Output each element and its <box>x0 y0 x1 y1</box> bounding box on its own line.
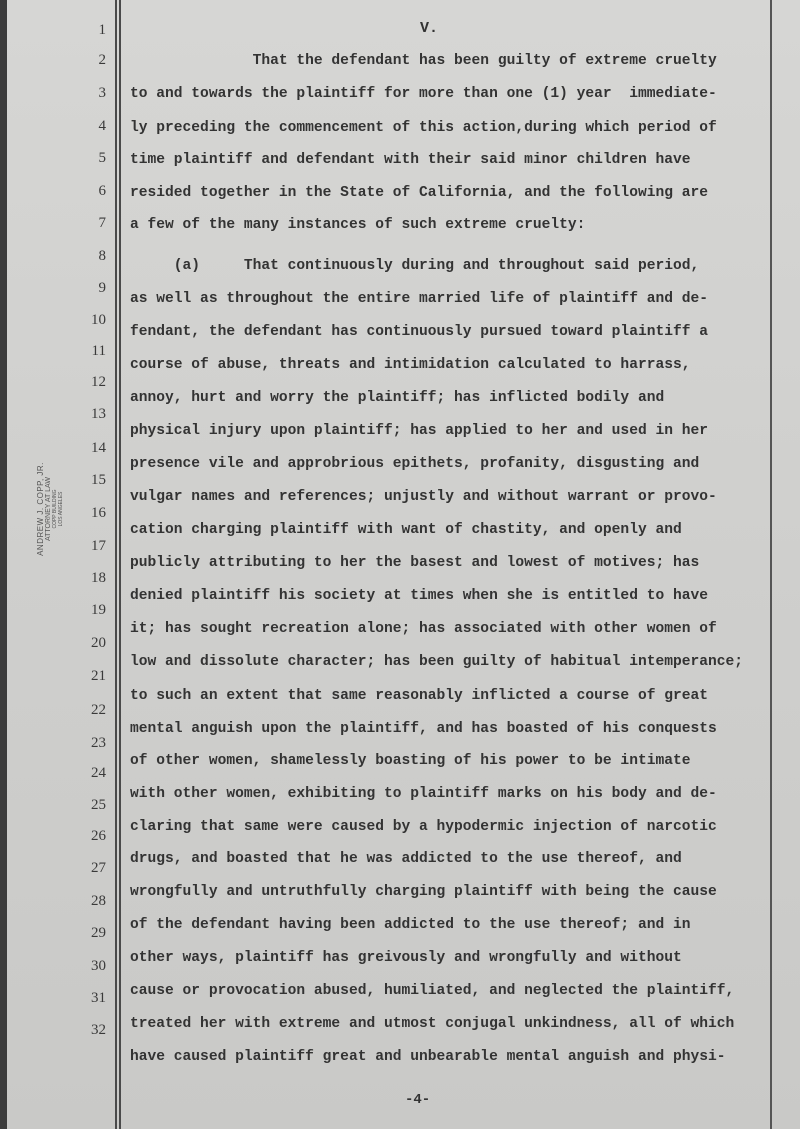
text-line: to and towards the plaintiff for more th… <box>130 86 770 102</box>
text-line: low and dissolute character; has been gu… <box>130 654 770 670</box>
line-number: 14 <box>70 440 106 457</box>
attorney-city: LOS ANGELES <box>58 439 64 579</box>
text-line: other ways, plaintiff has greivously and… <box>130 950 770 966</box>
text-line: as well as throughout the entire married… <box>130 291 770 307</box>
text-line: wrongfully and untruthfully charging pla… <box>130 884 770 900</box>
line-number: 9 <box>70 280 106 297</box>
text-line: it; has sought recreation alone; has ass… <box>130 621 770 637</box>
line-number: 27 <box>70 860 106 877</box>
text-line: cation charging plaintiff with want of c… <box>130 522 770 538</box>
line-number: 24 <box>70 765 106 782</box>
text-line: cause or provocation abused, humiliated,… <box>130 983 770 999</box>
text-line: presence vile and approbrious epithets, … <box>130 456 770 472</box>
line-number: 16 <box>70 505 106 522</box>
text-line: a few of the many instances of such extr… <box>130 217 770 233</box>
line-number: 19 <box>70 602 106 619</box>
line-number: 25 <box>70 797 106 814</box>
margin-rule-right <box>770 0 772 1129</box>
line-number: 8 <box>70 248 106 265</box>
margin-rule-left-outer <box>115 0 117 1129</box>
text-line: of other women, shamelessly boasting of … <box>130 753 770 769</box>
attorney-title: ATTORNEY AT LAW <box>45 439 52 579</box>
line-number: 6 <box>70 183 106 200</box>
text-line: have caused plaintiff great and unbearab… <box>130 1049 770 1065</box>
text-line: claring that same were caused by a hypod… <box>130 819 770 835</box>
section-heading: V. <box>420 20 438 37</box>
line-number: 12 <box>70 374 106 391</box>
line-number: 21 <box>70 668 106 685</box>
line-number: 11 <box>70 343 106 360</box>
text-line: drugs, and boasted that he was addicted … <box>130 851 770 867</box>
line-number: 5 <box>70 150 106 167</box>
line-number: 4 <box>70 118 106 135</box>
line-number: 32 <box>70 1022 106 1039</box>
line-number: 31 <box>70 990 106 1007</box>
text-line: physical injury upon plaintiff; has appl… <box>130 423 770 439</box>
text-line: (a) That continuously during and through… <box>130 258 770 274</box>
page-edge-shadow <box>0 0 7 1129</box>
text-line: vulgar names and references; unjustly an… <box>130 489 770 505</box>
attorney-name: ANDREW J. COPP, JR. <box>36 439 45 579</box>
text-line: resided together in the State of Califor… <box>130 185 770 201</box>
text-line: time plaintiff and defendant with their … <box>130 152 770 168</box>
text-line: annoy, hurt and worry the plaintiff; has… <box>130 390 770 406</box>
margin-rule-left-inner <box>119 0 121 1129</box>
text-line: denied plaintiff his society at times wh… <box>130 588 770 604</box>
line-number: 17 <box>70 538 106 555</box>
document-page: ANDREW J. COPP, JR. ATTORNEY AT LAW COPP… <box>0 0 800 1129</box>
text-line: with other women, exhibiting to plaintif… <box>130 786 770 802</box>
line-number: 1 <box>70 22 106 39</box>
line-number: 29 <box>70 925 106 942</box>
text-line: to such an extent that same reasonably i… <box>130 688 770 704</box>
text-line: treated her with extreme and utmost conj… <box>130 1016 770 1032</box>
line-number: 30 <box>70 958 106 975</box>
text-line: publicly attributing to her the basest a… <box>130 555 770 571</box>
line-number: 15 <box>70 472 106 489</box>
line-number: 20 <box>70 635 106 652</box>
page-number: -4- <box>405 1092 430 1108</box>
text-line: course of abuse, threats and intimidatio… <box>130 357 770 373</box>
line-number: 18 <box>70 570 106 587</box>
line-number: 23 <box>70 735 106 752</box>
text-line: of the defendant having been addicted to… <box>130 917 770 933</box>
line-number: 10 <box>70 312 106 329</box>
text-line: mental anguish upon the plaintiff, and h… <box>130 721 770 737</box>
text-line: fendant, the defendant has continuously … <box>130 324 770 340</box>
line-number: 3 <box>70 85 106 102</box>
line-number: 22 <box>70 702 106 719</box>
line-number: 7 <box>70 215 106 232</box>
line-number: 26 <box>70 828 106 845</box>
line-number: 2 <box>70 52 106 69</box>
line-number: 13 <box>70 406 106 423</box>
line-number: 28 <box>70 893 106 910</box>
text-line: ly preceding the commencement of this ac… <box>130 120 770 136</box>
text-line: That the defendant has been guilty of ex… <box>130 53 770 69</box>
